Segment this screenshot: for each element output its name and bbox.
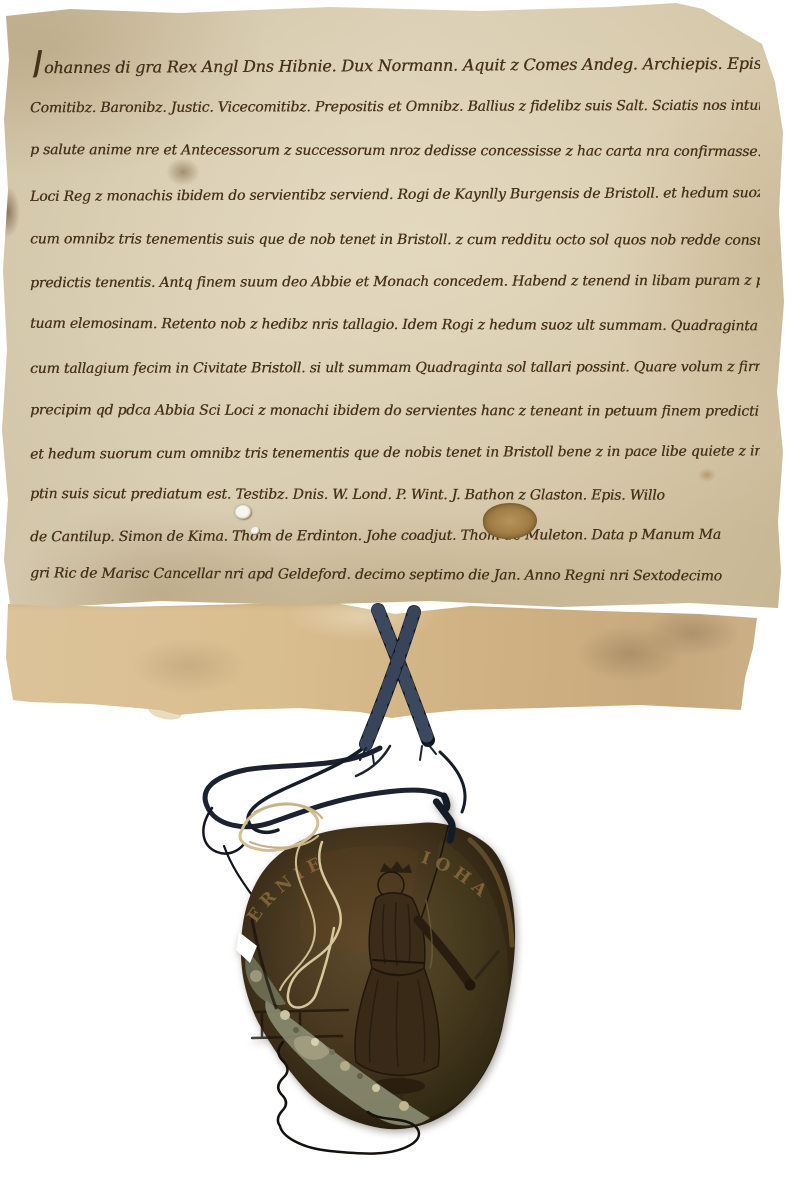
seal-and-cord-overlay: ERNIE IOHA xyxy=(0,0,787,1197)
wax-seal: ERNIE IOHA xyxy=(236,796,515,1129)
braided-cord xyxy=(360,610,436,764)
charter-photo: Johannes di gra Rex Angl Dns Hibnie. Dux… xyxy=(0,0,787,1197)
